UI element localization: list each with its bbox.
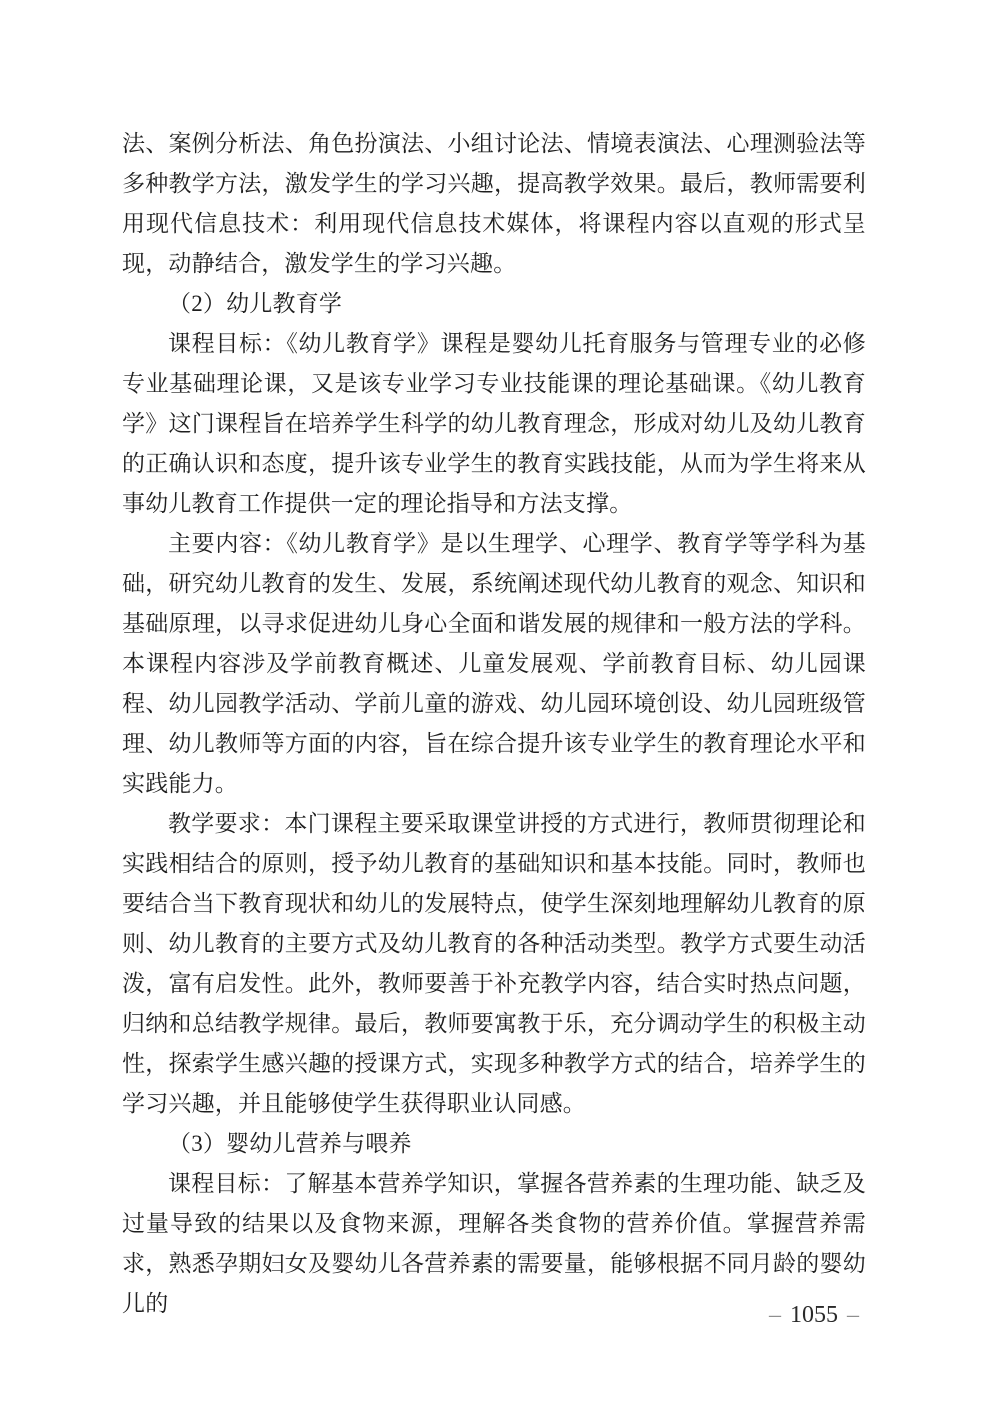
paragraph-course-goal-3: 课程目标：了解基本营养学知识，掌握各营养素的生理功能、缺乏及过量导致的结果以及食…: [122, 1164, 866, 1324]
paragraph-course-goal-2: 课程目标：《幼儿教育学》课程是婴幼儿托育服务与管理专业的必修专业基础理论课，又是…: [122, 324, 866, 524]
page-number-value: 1055: [790, 1302, 838, 1328]
text-column: 法、案例分析法、角色扮演法、小组讨论法、情境表演法、心理测验法等多种教学方法，激…: [122, 124, 866, 1324]
paragraph-main-content-2: 主要内容：《幼儿教育学》是以生理学、心理学、教育学等学科为基础，研究幼儿教育的发…: [122, 524, 866, 804]
section-heading-3: （3）婴幼儿营养与喂养: [122, 1124, 866, 1164]
page-number-dash-right: –: [838, 1302, 868, 1328]
paragraph-teaching-requirements-2: 教学要求：本门课程主要采取课堂讲授的方式进行，教师贯彻理论和实践相结合的原则，授…: [122, 804, 866, 1124]
page-number-dash-left: –: [760, 1302, 790, 1328]
page-number: –1055–: [760, 1300, 868, 1330]
paragraph-continuation: 法、案例分析法、角色扮演法、小组讨论法、情境表演法、心理测验法等多种教学方法，激…: [122, 124, 866, 284]
section-heading-2: （2）幼儿教育学: [122, 284, 866, 324]
document-page: 法、案例分析法、角色扮演法、小组讨论法、情境表演法、心理测验法等多种教学方法，激…: [0, 0, 1000, 1414]
